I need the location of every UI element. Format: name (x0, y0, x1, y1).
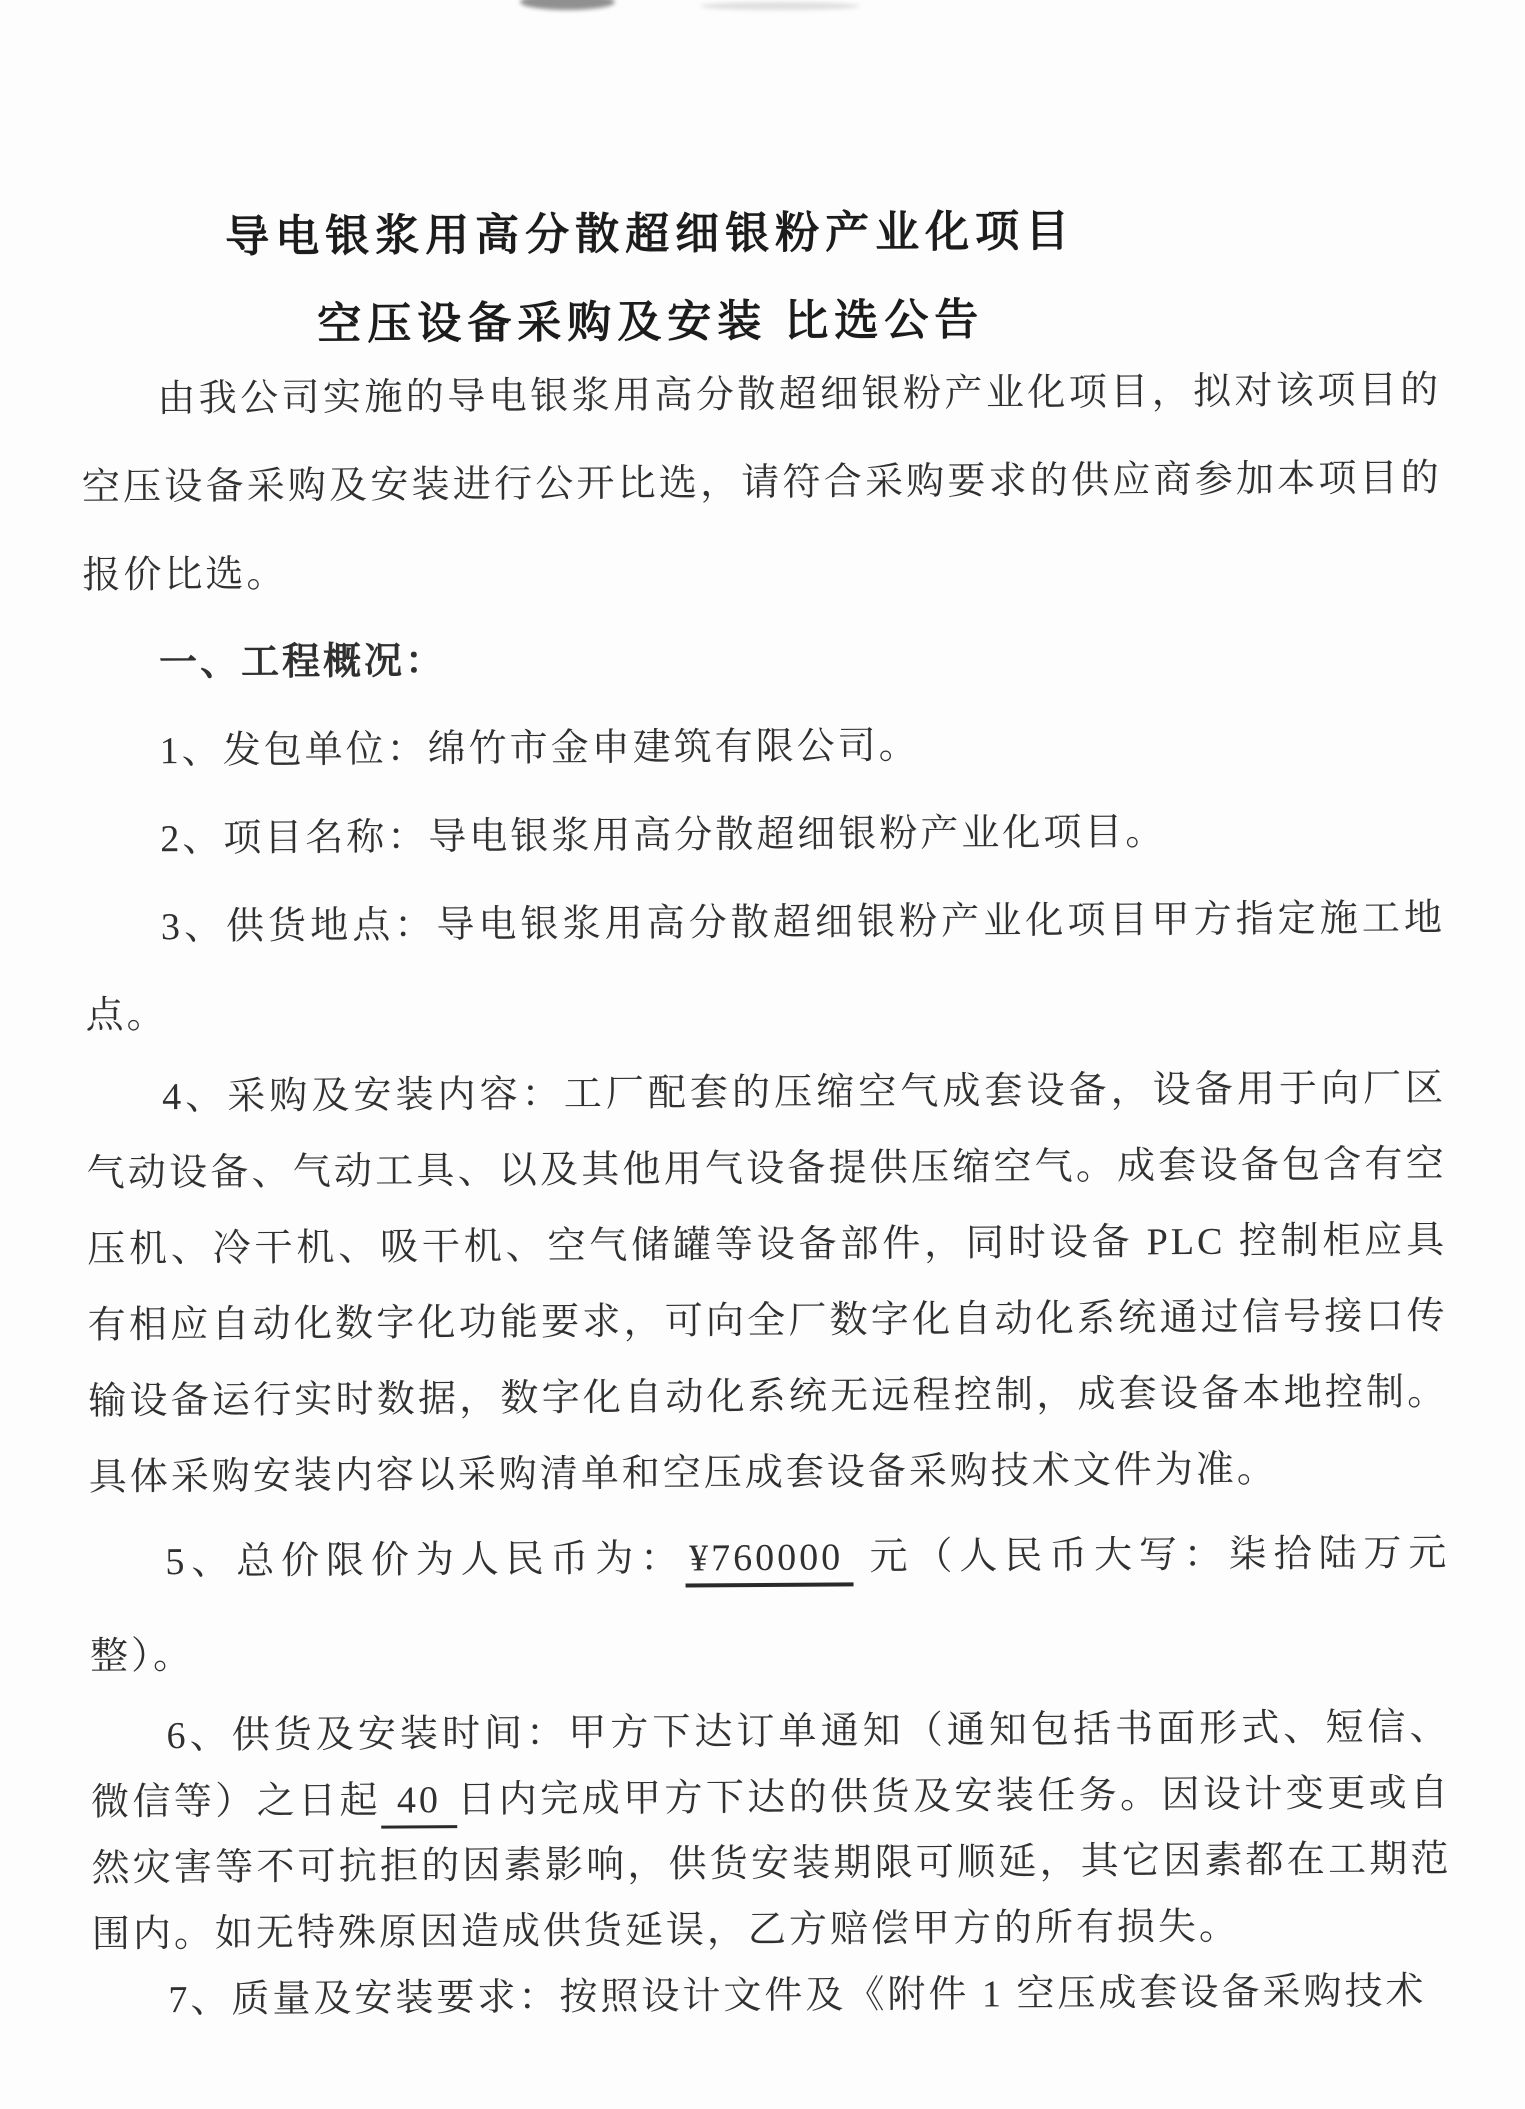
price-limit-value: ¥760000 (685, 1536, 853, 1587)
item-2-project-name: 2、项目名称：导电银浆用高分散超细银粉产业化项目。 (84, 786, 1445, 883)
item-7-quality-requirements: 7、质量及安装要求：按照设计文件及《附件 1 空压成套设备采购技术 (92, 1958, 1452, 2033)
scan-smudge-artifact (520, 0, 615, 10)
item-5-text-before: 5、总价限价为人民币为： (165, 1538, 685, 1584)
section-1-heading: 一、工程概况： (83, 610, 1444, 707)
scanned-document-page: 导电银浆用高分散超细银粉产业化项目 空压设备采购及安装 比选公告 由我公司实施的… (0, 0, 1525, 2109)
document-title-line-1: 导电银浆用高分散超细银粉产业化项目 (0, 201, 1330, 268)
document-title-line-2: 空压设备采购及安装 比选公告 (0, 289, 1331, 356)
scan-smudge-artifact (700, 2, 860, 10)
item-3-delivery-location: 3、供货地点：导电银浆用高分散超细银粉产业化项目甲方指定施工地点。 (85, 874, 1446, 1059)
intro-paragraph: 由我公司实施的导电银浆用高分散超细银粉产业化项目，拟对该项目的空压设备采购及安装… (81, 346, 1443, 619)
item-5-price-limit: 5、总价限价为人民币为：¥760000 元（人民币大写：柒拾陆万元整）。 (89, 1506, 1450, 1703)
item-1-contracting-unit: 1、发包单位：绵竹市金申建筑有限公司。 (83, 698, 1444, 795)
item-6-delivery-time: 6、供货及安装时间：甲方下达订单通知（通知包括书面形式、短信、微信等）之日起40… (90, 1694, 1452, 1967)
item-4-procurement-content: 4、采购及安装内容：工厂配套的压缩空气成套设备，设备用于向厂区气动设备、气动工具… (86, 1050, 1449, 1515)
document-content: 导电银浆用高分散超细银粉产业化项目 空压设备采购及安装 比选公告 由我公司实施的… (0, 200, 1525, 2035)
delivery-days-value: 40 (381, 1779, 457, 1829)
